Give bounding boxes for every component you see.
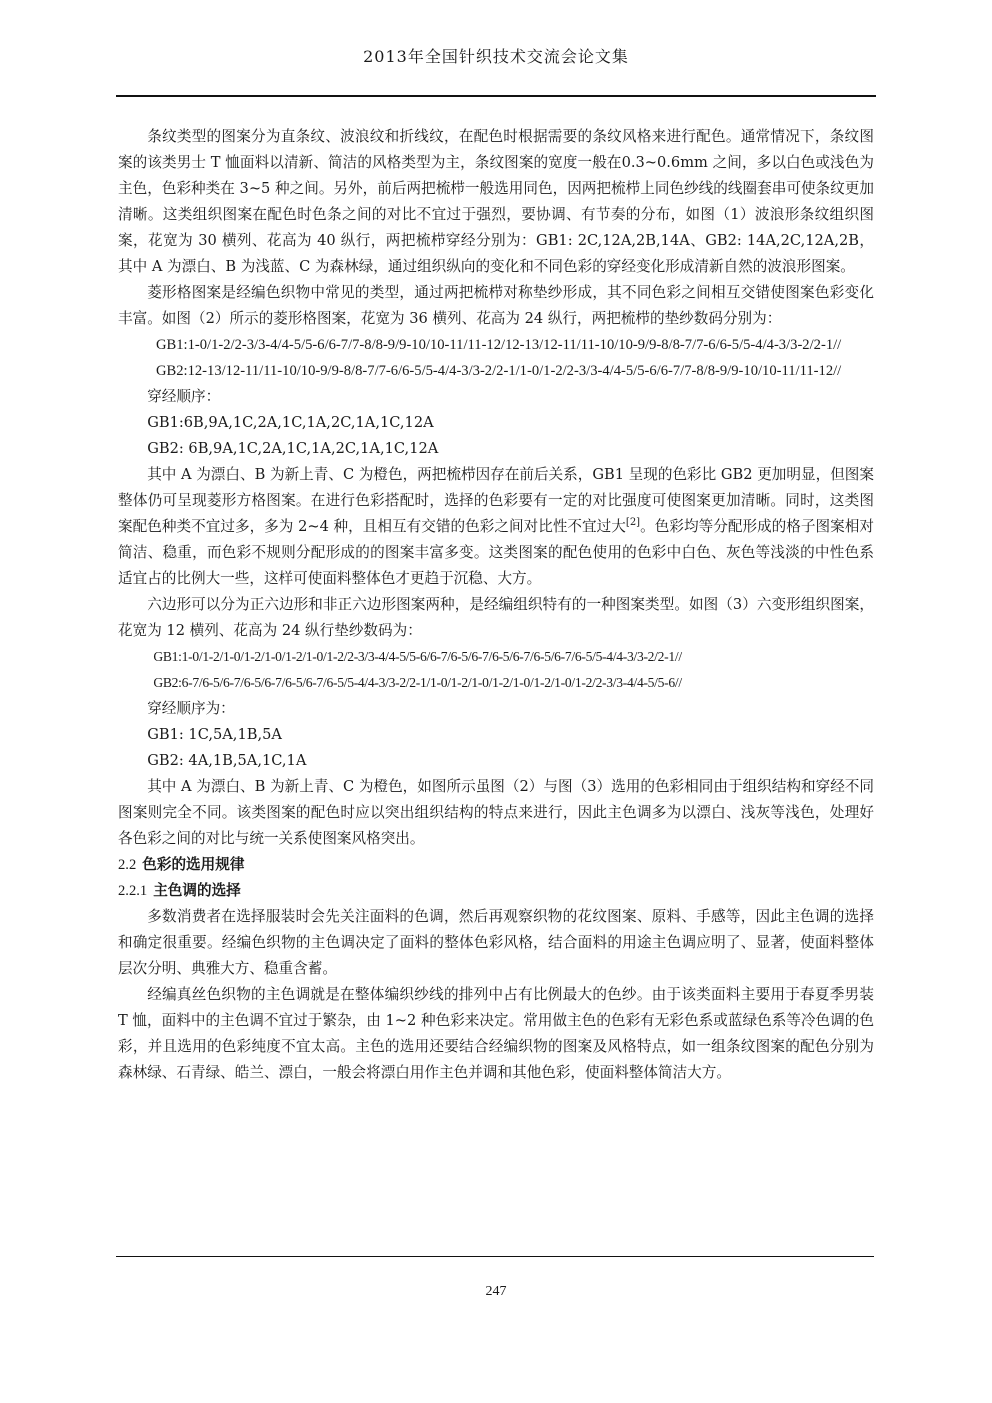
- paragraph-hexagon-patterns: 六边形可以分为正六边形和非正六边形图案两种，是经编组织特有的一种图案类型。如图（…: [118, 592, 874, 644]
- paragraph-main-tone-intro: 多数消费者在选择服装时会先关注面料的色调，然后再观察织物的花纹图案、原料、手感等…: [118, 904, 874, 982]
- section-heading-2-2-1: 2.2.1主色调的选择: [118, 878, 874, 904]
- paragraph-diamond-patterns: 菱形格图案是经编色织物中常见的类型，通过两把梳栉对称垫纱形成，其不同色彩之间相互…: [118, 280, 874, 332]
- paragraph-diamond-colors: 其中 A 为漂白、B 为新上青、C 为橙色，两把梳栉因存在前后关系，GB1 呈现…: [118, 462, 874, 592]
- section-heading-2-2: 2.2色彩的选用规律: [118, 852, 874, 878]
- running-header-title: 2013年全国针织技术交流会论文集: [0, 44, 992, 67]
- section-title: 色彩的选用规律: [142, 856, 244, 873]
- section-number: 2.2: [118, 857, 136, 873]
- lapping-notation-gb2-diamond: GB2:12-13/12-11/11-10/10-9/9-8/8-7/7-6/6…: [118, 358, 874, 384]
- page-body: 条纹类型的图案分为直条纹、波浪纹和折线纹，在配色时根据需要的条纹风格来进行配色。…: [118, 124, 874, 1086]
- header-rule: [116, 95, 876, 97]
- threading-gb1-hexagon: GB1: 1C,5A,1B,5A: [118, 722, 874, 748]
- paragraph-stripe-patterns: 条纹类型的图案分为直条纹、波浪纹和折线纹，在配色时根据需要的条纹风格来进行配色。…: [118, 124, 874, 280]
- section-number: 2.2.1: [118, 883, 147, 899]
- lapping-notation-gb1-diamond: GB1:1-0/1-2/2-3/3-4/4-5/5-6/6-7/7-8/8-9/…: [118, 332, 874, 358]
- threading-label-hexagon: 穿经顺序为：: [118, 696, 874, 722]
- threading-label-diamond: 穿经顺序：: [118, 384, 874, 410]
- threading-gb2-hexagon: GB2: 4A,1B,5A,1C,1A: [118, 748, 874, 774]
- page-number: 247: [0, 1284, 992, 1300]
- citation-reference[interactable]: [2]: [626, 517, 640, 528]
- paragraph-hexagon-colors: 其中 A 为漂白、B 为新上青、C 为橙色，如图所示虽图（2）与图（3）选用的色…: [118, 774, 874, 852]
- lapping-notation-gb2-hexagon: GB2:6-7/6-5/6-7/6-5/6-7/6-5/6-7/6-5/5-4/…: [118, 670, 874, 696]
- section-title: 主色调的选择: [153, 882, 241, 899]
- lapping-notation-gb1-hexagon: GB1:1-0/1-2/1-0/1-2/1-0/1-2/1-0/1-2/2-3/…: [118, 644, 874, 670]
- threading-gb2-diamond: GB2: 6B,9A,1C,2A,1C,1A,2C,1A,1C,12A: [118, 436, 874, 462]
- paragraph-main-tone-silk: 经编真丝色织物的主色调就是在整体编织纱线的排列中占有比例最大的色纱。由于该类面料…: [118, 982, 874, 1086]
- threading-gb1-diamond: GB1:6B,9A,1C,2A,1C,1A,2C,1A,1C,12A: [118, 410, 874, 436]
- footer-rule: [116, 1256, 874, 1257]
